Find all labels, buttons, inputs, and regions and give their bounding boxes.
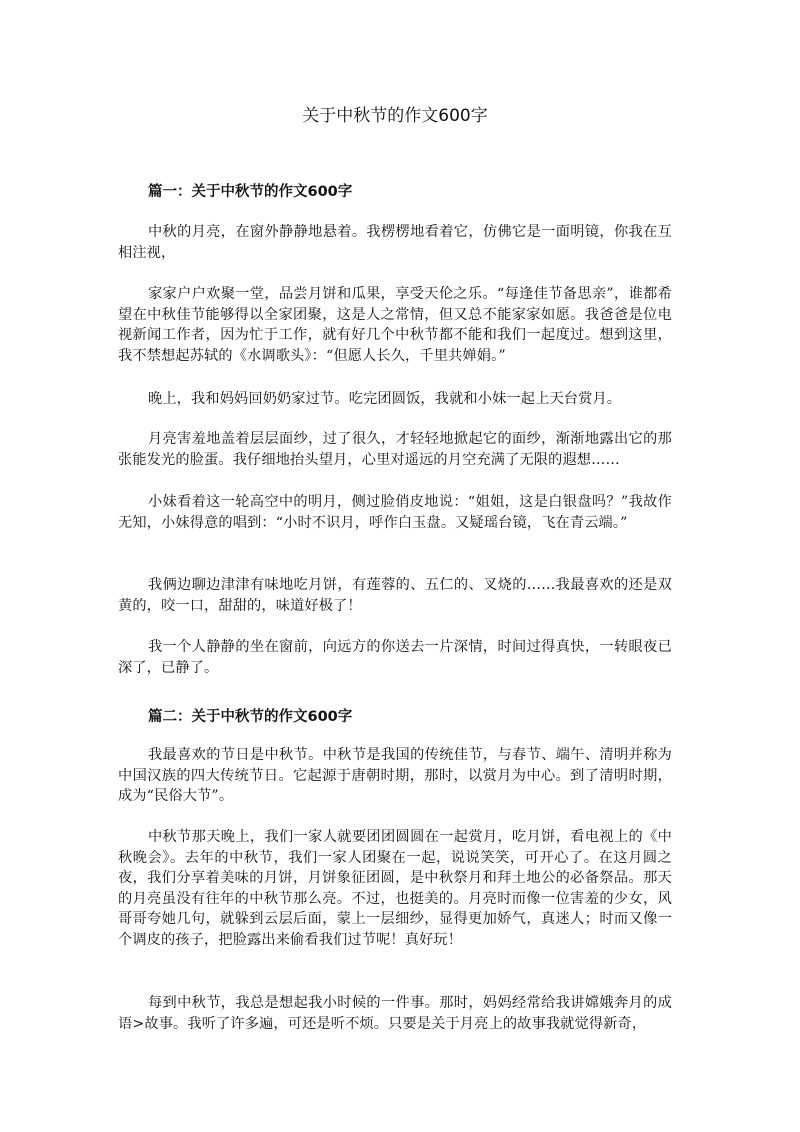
paragraph: 我俩边聊边津津有味地吃月饼，有莲蓉的、五仁的、叉烧的……我最喜欢的还是双黄的，咬… <box>118 575 672 616</box>
paragraph: 中秋节那天晚上，我们一家人就要团团圆圆在一起赏月，吃月饼，看电视上的《中秋晚会》… <box>118 827 672 951</box>
paragraph: 我最喜欢的节日是中秋节。中秋节是我国的传统佳节，与春节、端午、清明并称为中国汉族… <box>118 745 672 807</box>
paragraph: 月亮害羞地盖着层层面纱，过了很久，才轻轻地掀起它的面纱，渐渐地露出它的那张能发光… <box>118 429 672 470</box>
paragraph: 晚上，我和妈妈回奶奶家过节。吃完团圆饭，我就和小妹一起上天台赏月。 <box>118 389 672 410</box>
document-title: 关于中秋节的作文600字 <box>118 104 672 128</box>
section-heading-2: 篇二：关于中秋节的作文600字 <box>148 707 352 727</box>
paragraph: 家家户户欢聚一堂，品尝月饼和瓜果，享受天伦之乐。“每逢佳节备思亲”，谁都希望在中… <box>118 284 672 366</box>
paragraph: 我一个人静静的坐在窗前，向远方的你送去一片深情，时间过得真快，一转眼夜已深了，已… <box>118 637 672 678</box>
section-heading-1: 篇一：关于中秋节的作文600字 <box>148 182 352 202</box>
paragraph: 每到中秋节，我总是想起我小时候的一件事。那时，妈妈经常给我讲嫦娥奔月的成语>故事… <box>118 993 672 1034</box>
paragraph: 小妹看着这一轮高空中的明月，侧过脸俏皮地说：“姐姐，这是白银盘吗？”我故作无知，… <box>118 492 672 533</box>
paragraph: 中秋的月亮，在窗外静静地悬着。我楞楞地看着它，仿佛它是一面明镜，你我在互相注视， <box>118 222 672 263</box>
